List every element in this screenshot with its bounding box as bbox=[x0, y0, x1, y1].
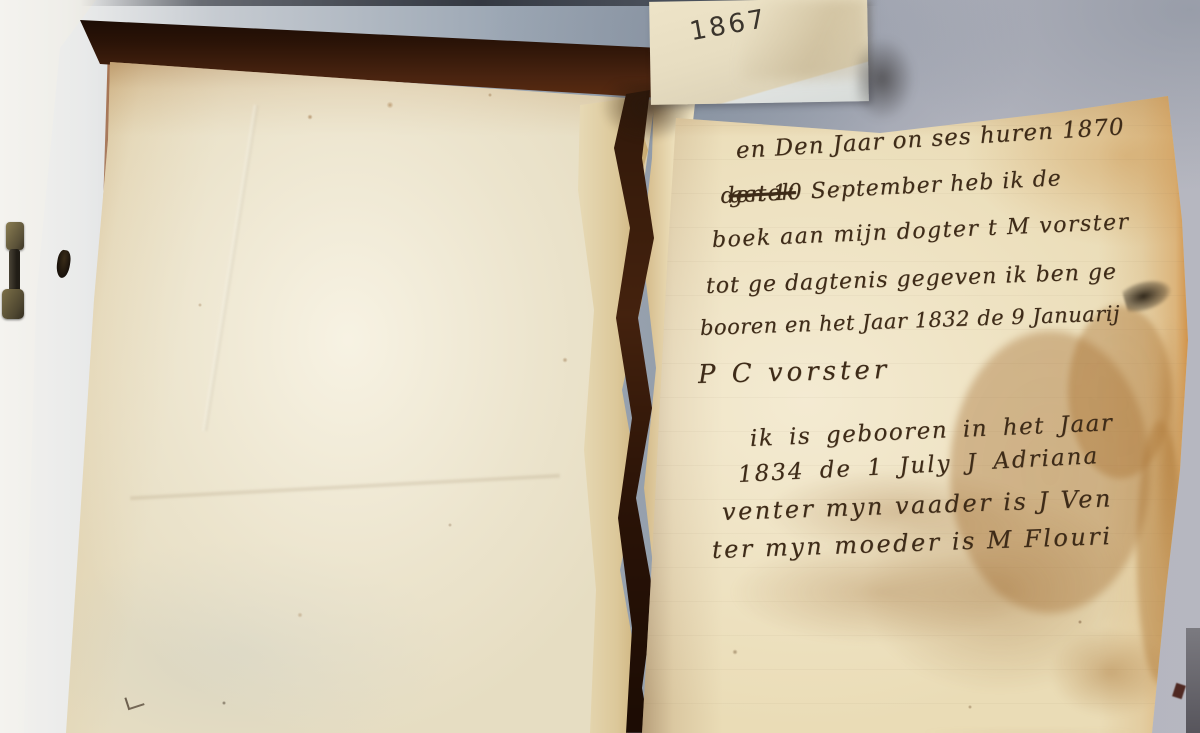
struck-word: getek bbox=[728, 180, 797, 208]
manuscript-line: booren en het Jaar 1832 de 9 Januarij bbox=[700, 301, 1121, 340]
left-blank-page bbox=[60, 55, 660, 733]
manuscript-line: venter myn vaader is J Ven bbox=[722, 484, 1114, 526]
manuscript-line: en Den Jaar on ses huren 1870 bbox=[735, 114, 1125, 164]
photo-corner-dark-sliver bbox=[1186, 628, 1200, 733]
manuscript-signature: P C vorster bbox=[698, 355, 891, 390]
handwriting-paragraph-1: en Den Jaar on ses huren 1870 den 10 Sep… bbox=[696, 132, 1186, 432]
photo-corner-red-notch bbox=[1172, 683, 1186, 699]
left-page-foxing-speckles bbox=[60, 55, 660, 733]
book-clasp-rod bbox=[9, 249, 20, 292]
label-slip: 1867 bbox=[649, 0, 869, 105]
book-clasp-knob-top bbox=[6, 222, 24, 250]
manuscript-line: ter myn moeder is M Flouri bbox=[712, 522, 1113, 564]
photo-of-open-antique-book: en Den Jaar on ses huren 1870 den 10 Sep… bbox=[0, 0, 1200, 733]
handwriting-paragraph-2: ik is gebooren in het Jaar 1834 de 1 Jul… bbox=[706, 422, 1186, 592]
right-manuscript-page: en Den Jaar on ses huren 1870 den 10 Sep… bbox=[640, 92, 1192, 733]
manuscript-line: tot ge dagtenis gegeven ik ben ge bbox=[706, 260, 1118, 299]
shadow-between-slip-and-page bbox=[856, 38, 914, 120]
book-clasp-knob-bottom bbox=[2, 289, 24, 319]
manuscript-line: boek aan mijn dogter t M vorster bbox=[711, 210, 1130, 253]
